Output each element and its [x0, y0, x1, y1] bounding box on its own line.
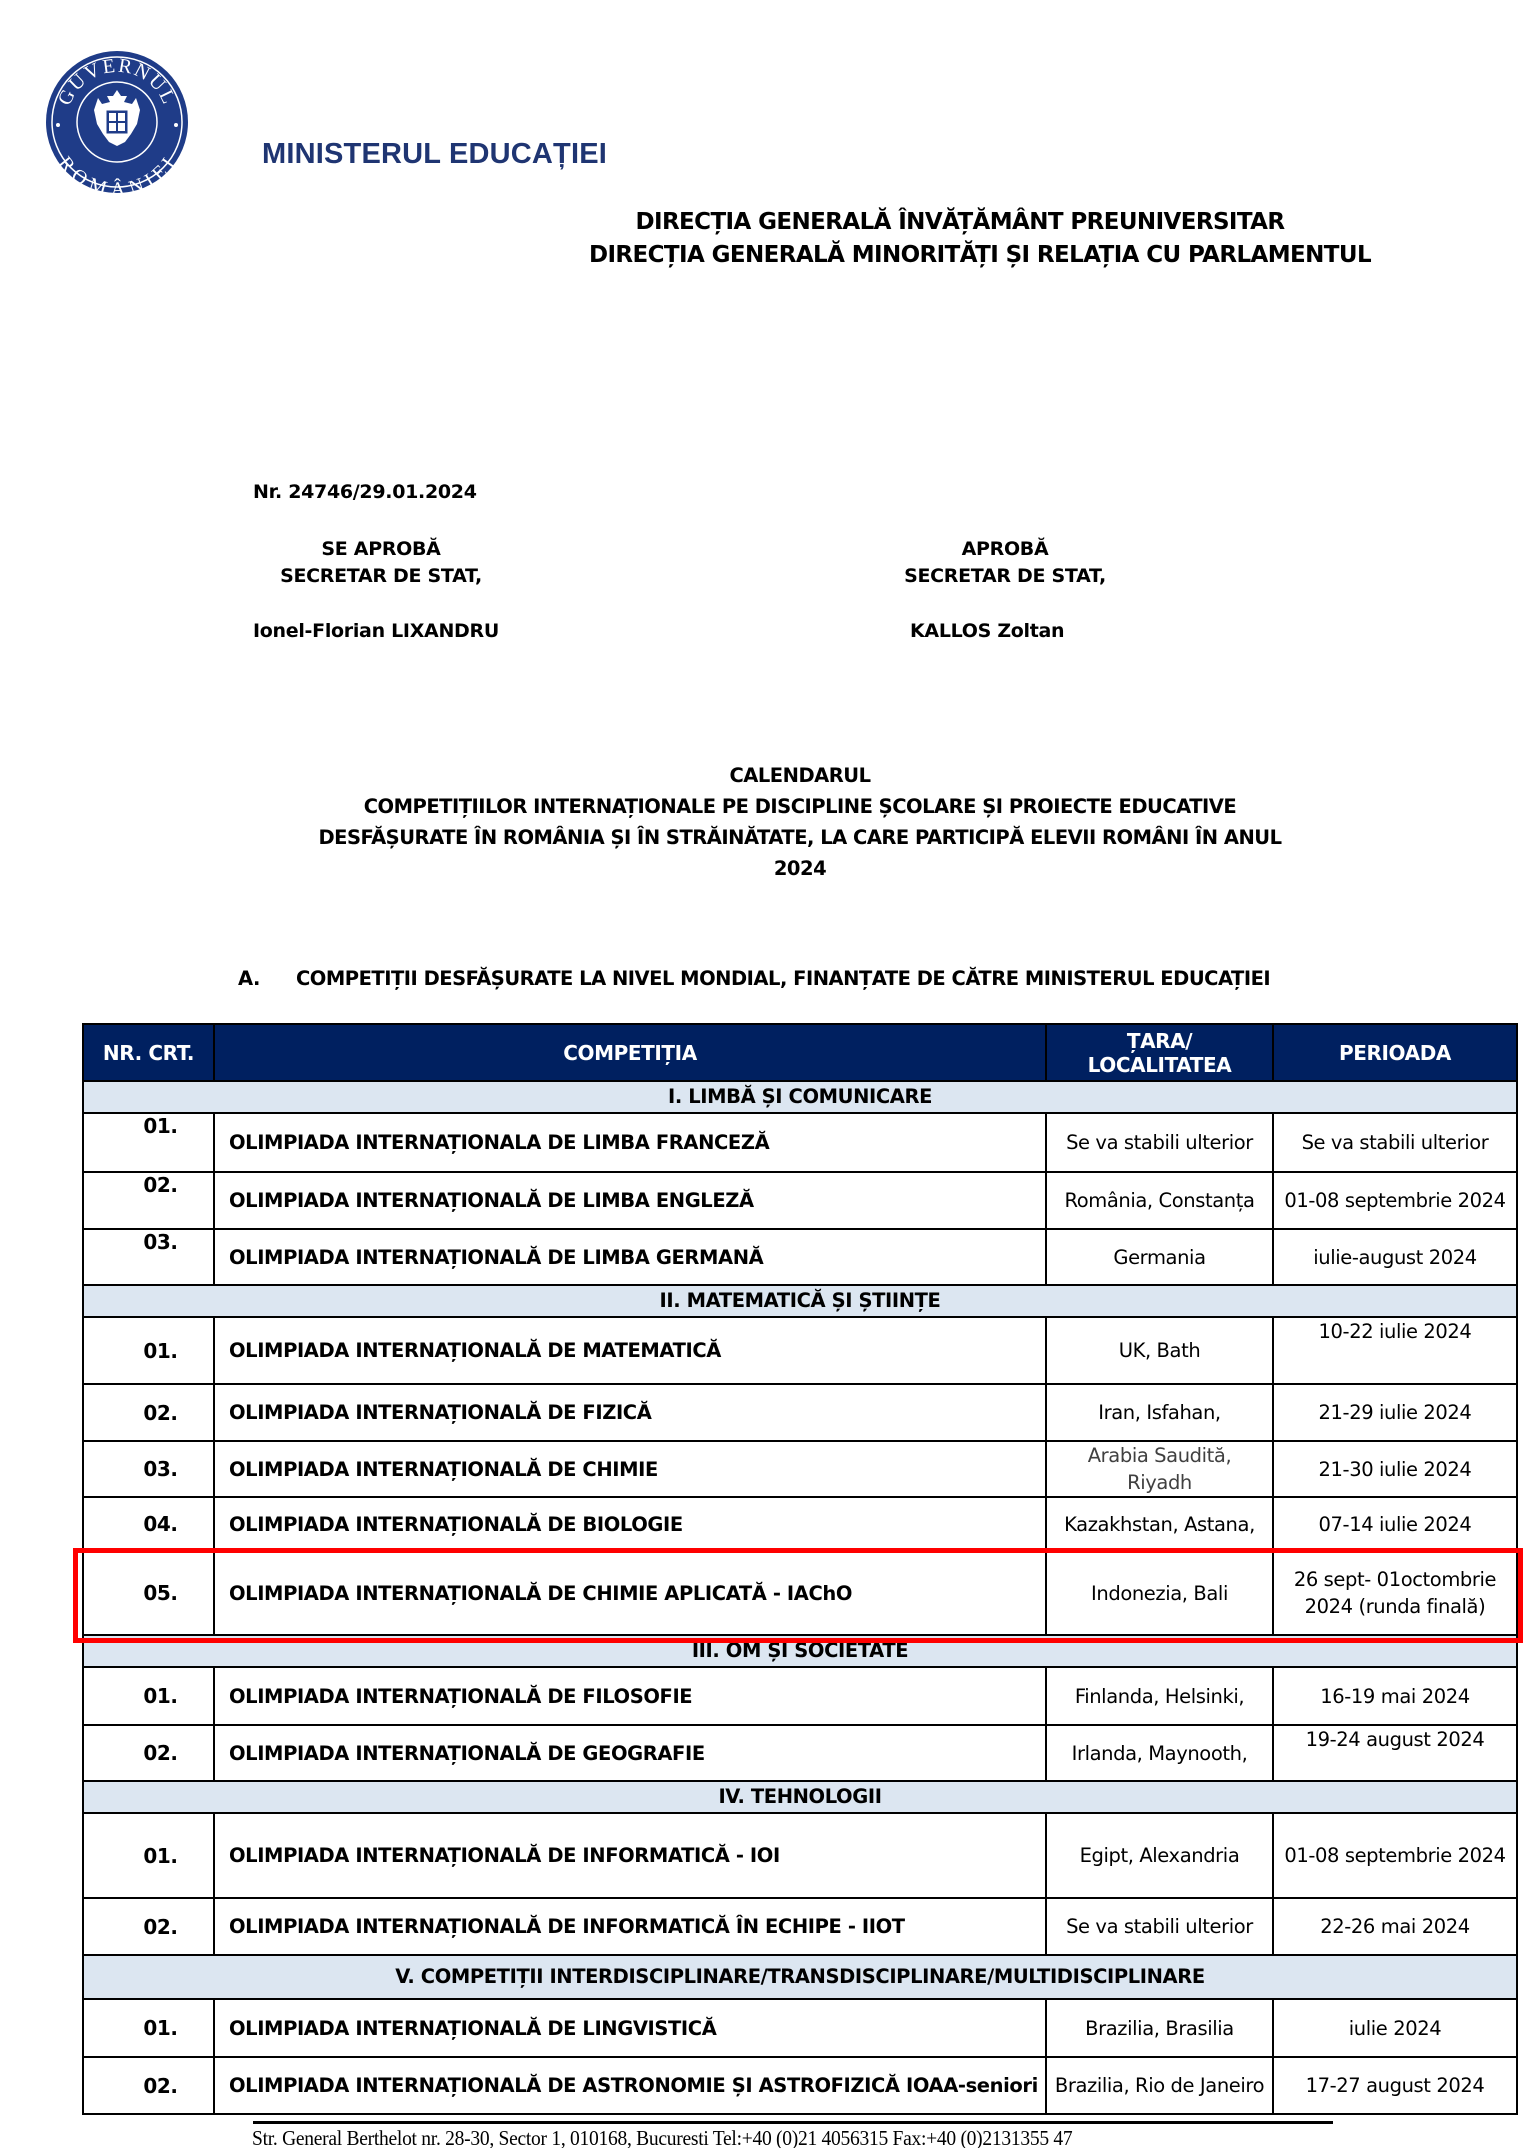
- period: 01-08 septembrie 2024: [1273, 1813, 1517, 1898]
- table-row: 04.OLIMPIADA INTERNAȚIONALĂ DE BIOLOGIEK…: [83, 1497, 1517, 1551]
- section-letter: A.: [238, 967, 296, 990]
- section-title: COMPETIȚII DESFĂȘURATE LA NIVEL MONDIAL,…: [296, 967, 1270, 990]
- location: Irlanda, Maynooth,: [1046, 1725, 1273, 1781]
- period: 21-29 iulie 2024: [1273, 1384, 1517, 1441]
- location: Brazilia, Rio de Janeiro: [1046, 2057, 1273, 2114]
- section-title: IV. TEHNOLOGII: [83, 1781, 1517, 1813]
- title-line: CALENDARUL: [200, 760, 1400, 791]
- row-number: 01.: [83, 1813, 214, 1898]
- ministry-name: MINISTERUL EDUCAȚIEI: [262, 138, 607, 171]
- title-line: COMPETIȚIILOR INTERNAȚIONALE PE DISCIPLI…: [200, 791, 1400, 822]
- competition-name: OLIMPIADA INTERNAȚIONALA DE LIMBA FRANCE…: [214, 1113, 1046, 1172]
- footer-address: Str. General Berthelot nr. 28-30, Sector…: [252, 2126, 1072, 2148]
- period: 22-26 mai 2024: [1273, 1898, 1517, 1955]
- approval-role: SECRETAR DE STAT,: [880, 563, 1130, 590]
- row-number: 03.: [83, 1229, 214, 1285]
- competition-name: OLIMPIADA INTERNAȚIONALĂ DE FILOSOFIE: [214, 1667, 1046, 1725]
- section-title: I. LIMBĂ ȘI COMUNICARE: [83, 1081, 1517, 1113]
- table-row: 02.OLIMPIADA INTERNAȚIONALĂ DE FIZICĂIra…: [83, 1384, 1517, 1441]
- directorate-line: DIRECȚIA GENERALĂ MINORITĂȚI ȘI RELAȚIA …: [530, 239, 1430, 272]
- competition-name: OLIMPIADA INTERNAȚIONALĂ DE CHIMIE: [214, 1441, 1046, 1497]
- section-title: II. MATEMATICĂ ȘI ȘTIINȚE: [83, 1285, 1517, 1317]
- location: Arabia Saudită, Riyadh: [1046, 1441, 1273, 1497]
- section-title: V. COMPETIȚII INTERDISCIPLINARE/TRANSDIS…: [83, 1955, 1517, 1999]
- approval-role: SECRETAR DE STAT,: [256, 563, 506, 590]
- row-number: 03.: [83, 1441, 214, 1497]
- column-header-location: ȚARA/ LOCALITATEA: [1046, 1024, 1273, 1081]
- row-number: 02.: [83, 2057, 214, 2114]
- period: 07-14 iulie 2024: [1273, 1497, 1517, 1551]
- table-row: 01.OLIMPIADA INTERNAȚIONALĂ DE INFORMATI…: [83, 1813, 1517, 1898]
- section-row: V. COMPETIȚII INTERDISCIPLINARE/TRANSDIS…: [83, 1955, 1517, 1999]
- row-number: 02.: [83, 1172, 214, 1229]
- table-row: 02.OLIMPIADA INTERNAȚIONALĂ DE INFORMATI…: [83, 1898, 1517, 1955]
- location: Germania: [1046, 1229, 1273, 1285]
- location: Kazakhstan, Astana,: [1046, 1497, 1273, 1551]
- row-number: 05.: [83, 1551, 214, 1635]
- period: 21-30 iulie 2024: [1273, 1441, 1517, 1497]
- location: Brazilia, Brasilia: [1046, 1999, 1273, 2057]
- table-row: 01.OLIMPIADA INTERNAȚIONALĂ DE MATEMATIC…: [83, 1317, 1517, 1384]
- signer-name-right: KALLOS Zoltan: [910, 620, 1064, 642]
- row-number: 02.: [83, 1898, 214, 1955]
- section-row: II. MATEMATICĂ ȘI ȘTIINȚE: [83, 1285, 1517, 1317]
- table-row-highlighted: 05.OLIMPIADA INTERNAȚIONALĂ DE CHIMIE AP…: [83, 1551, 1517, 1635]
- section-a-heading: A.COMPETIȚII DESFĂȘURATE LA NIVEL MONDIA…: [238, 967, 1270, 990]
- location: Iran, Isfahan,: [1046, 1384, 1273, 1441]
- period: 10-22 iulie 2024: [1273, 1317, 1517, 1384]
- table-row: 03.OLIMPIADA INTERNAȚIONALĂ DE LIMBA GER…: [83, 1229, 1517, 1285]
- competition-name: OLIMPIADA INTERNAȚIONALĂ DE BIOLOGIE: [214, 1497, 1046, 1551]
- period: Se va stabili ulterior: [1273, 1113, 1517, 1172]
- location: România, Constanța: [1046, 1172, 1273, 1229]
- table-row: 03.OLIMPIADA INTERNAȚIONALĂ DE CHIMIEAra…: [83, 1441, 1517, 1497]
- row-number: 02.: [83, 1725, 214, 1781]
- section-row: IV. TEHNOLOGII: [83, 1781, 1517, 1813]
- row-number: 01.: [83, 1113, 214, 1172]
- approval-left: SE APROBĂ SECRETAR DE STAT,: [256, 536, 506, 590]
- column-header-competition: COMPETIȚIA: [214, 1024, 1046, 1081]
- competition-name: OLIMPIADA INTERNAȚIONALĂ DE INFORMATICĂ …: [214, 1813, 1046, 1898]
- competition-name: OLIMPIADA INTERNAȚIONALĂ DE MATEMATICĂ: [214, 1317, 1046, 1384]
- row-number: 01.: [83, 1667, 214, 1725]
- table-row: 01.OLIMPIADA INTERNAȚIONALA DE LIMBA FRA…: [83, 1113, 1517, 1172]
- approval-label: APROBĂ: [880, 536, 1130, 563]
- document-title: CALENDARUL COMPETIȚIILOR INTERNAȚIONALE …: [200, 760, 1400, 884]
- table-header-row: NR. CRT. COMPETIȚIA ȚARA/ LOCALITATEA PE…: [83, 1024, 1517, 1081]
- title-line: DESFĂȘURATE ÎN ROMÂNIA ȘI ÎN STRĂINĂTATE…: [200, 822, 1400, 853]
- directorate-line: DIRECȚIA GENERALĂ ÎNVĂȚĂMÂNT PREUNIVERSI…: [530, 206, 1430, 239]
- period: iulie 2024: [1273, 1999, 1517, 2057]
- row-number: 01.: [83, 1317, 214, 1384]
- competitions-table: NR. CRT. COMPETIȚIA ȚARA/ LOCALITATEA PE…: [82, 1023, 1518, 2115]
- period: iulie-august 2024: [1273, 1229, 1517, 1285]
- competition-name: OLIMPIADA INTERNAȚIONALĂ DE FIZICĂ: [214, 1384, 1046, 1441]
- row-number: 04.: [83, 1497, 214, 1551]
- title-line: 2024: [200, 853, 1400, 884]
- table-row: 01.OLIMPIADA INTERNAȚIONALĂ DE FILOSOFIE…: [83, 1667, 1517, 1725]
- period: 01-08 septembrie 2024: [1273, 1172, 1517, 1229]
- competition-name: OLIMPIADA INTERNAȚIONALĂ DE INFORMATICĂ …: [214, 1898, 1046, 1955]
- section-title: III. OM ȘI SOCIETATE: [83, 1635, 1517, 1667]
- table-row: 02.OLIMPIADA INTERNAȚIONALĂ DE LIMBA ENG…: [83, 1172, 1517, 1229]
- table-row: 02.OLIMPIADA INTERNAȚIONALĂ DE ASTRONOMI…: [83, 2057, 1517, 2114]
- registration-number: Nr. 24746/29.01.2024: [253, 481, 477, 503]
- table-row: 02.OLIMPIADA INTERNAȚIONALĂ DE GEOGRAFIE…: [83, 1725, 1517, 1781]
- approval-right: APROBĂ SECRETAR DE STAT,: [880, 536, 1130, 590]
- competition-name: OLIMPIADA INTERNAȚIONALĂ DE LINGVISTICĂ: [214, 1999, 1046, 2057]
- competition-name: OLIMPIADA INTERNAȚIONALĂ DE CHIMIE APLIC…: [214, 1551, 1046, 1635]
- period: 19-24 august 2024: [1273, 1725, 1517, 1781]
- directorates: DIRECȚIA GENERALĂ ÎNVĂȚĂMÂNT PREUNIVERSI…: [530, 206, 1430, 272]
- table-row: 01.OLIMPIADA INTERNAȚIONALĂ DE LINGVISTI…: [83, 1999, 1517, 2057]
- location: Finlanda, Helsinki,: [1046, 1667, 1273, 1725]
- period: 16-19 mai 2024: [1273, 1667, 1517, 1725]
- section-row: I. LIMBĂ ȘI COMUNICARE: [83, 1081, 1517, 1113]
- footer-divider: [253, 2121, 1333, 2124]
- competition-name: OLIMPIADA INTERNAȚIONALĂ DE LIMBA GERMAN…: [214, 1229, 1046, 1285]
- column-header-nr: NR. CRT.: [83, 1024, 214, 1081]
- period: 17-27 august 2024: [1273, 2057, 1517, 2114]
- location: Se va stabili ulterior: [1046, 1113, 1273, 1172]
- location: Indonezia, Bali: [1046, 1551, 1273, 1635]
- section-row: III. OM ȘI SOCIETATE: [83, 1635, 1517, 1667]
- competition-name: OLIMPIADA INTERNAȚIONALĂ DE LIMBA ENGLEZ…: [214, 1172, 1046, 1229]
- competition-name: OLIMPIADA INTERNAȚIONALĂ DE ASTRONOMIE Ș…: [214, 2057, 1046, 2114]
- column-header-period: PERIOADA: [1273, 1024, 1517, 1081]
- approval-label: SE APROBĂ: [256, 536, 506, 563]
- period: 26 sept- 01octombrie 2024 (runda finală): [1273, 1551, 1517, 1635]
- competition-name: OLIMPIADA INTERNAȚIONALĂ DE GEOGRAFIE: [214, 1725, 1046, 1781]
- location: Egipt, Alexandria: [1046, 1813, 1273, 1898]
- location: Se va stabili ulterior: [1046, 1898, 1273, 1955]
- row-number: 02.: [83, 1384, 214, 1441]
- row-number: 01.: [83, 1999, 214, 2057]
- government-seal-icon: GUVERNUL ROMÂNIEI: [45, 50, 190, 195]
- signer-name-left: Ionel-Florian LIXANDRU: [253, 620, 499, 642]
- location: UK, Bath: [1046, 1317, 1273, 1384]
